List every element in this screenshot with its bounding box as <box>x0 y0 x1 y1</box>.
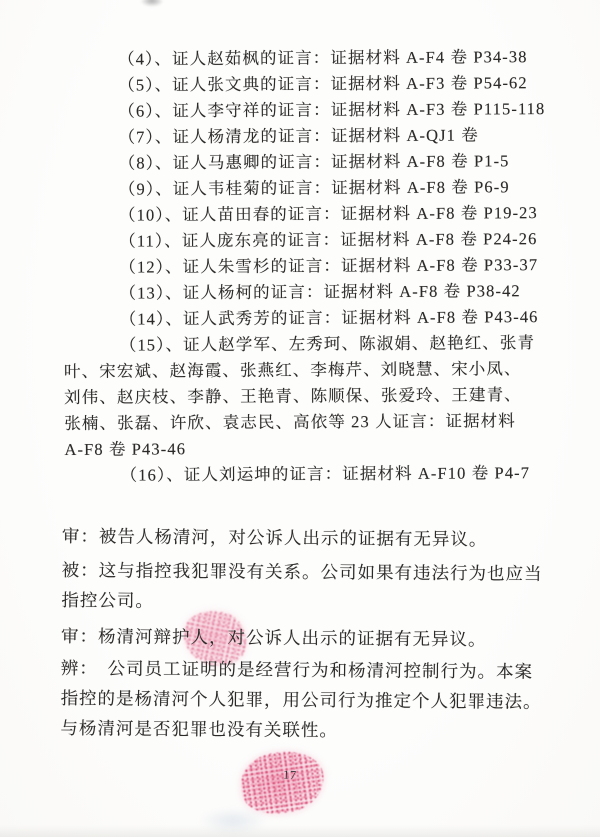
dialogue-judge-question-1: 审：被告人杨清河，对公诉人出示的证据有无异议。 <box>62 521 584 555</box>
scanned-document-page: （4）、证人赵茹枫的证言：证据材料 A-F4 卷 P34-38 （5）、证人张文… <box>0 0 600 837</box>
dialogue-section: 审：被告人杨清河，对公诉人出示的证据有无异议。 被：这与指控我犯罪没有关系。公司… <box>60 521 584 751</box>
speaker-label-defendant: 被： <box>62 560 99 580</box>
evidence-item-12: （12）、证人朱雪杉的证言：证据材料 A-F8 卷 P33-37 <box>63 252 571 281</box>
evidence-item-9: （9）、证人韦桂菊的证言：证据材料 A-F8 卷 P6-9 <box>63 174 571 203</box>
speaker-label-judge: 审： <box>62 526 99 546</box>
evidence-item-6: （6）、证人李守祥的证言：证据材料 A-F3 卷 P115-118 <box>62 96 570 125</box>
speaker-label-defender: 辨： <box>61 658 89 678</box>
evidence-item-5: （5）、证人张文典的证言：证据材料 A-F3 卷 P54-62 <box>62 70 570 99</box>
evidence-item-10: （10）、证人苗田春的证言：证据材料 A-F8 卷 P19-23 <box>63 200 571 229</box>
page-number: 17 <box>283 768 297 784</box>
speaker-label-judge: 审： <box>61 626 98 646</box>
dialogue-text: 杨清河辩护人，对公诉人出示的证据有无异议。 <box>98 626 487 649</box>
dialogue-text: 公司员工证明的是经营行为和杨清河控制行为。本案 指控的是杨清河个人犯罪，用公司行… <box>60 658 541 740</box>
evidence-item-15: （15）、证人赵学军、左秀珂、陈淑娟、赵艳红、张青 叶、宋宏斌、赵海霞、张燕红、… <box>64 330 573 463</box>
evidence-item-13: （13）、证人杨柯的证言：证据材料 A-F8 卷 P38-42 <box>63 278 571 307</box>
dialogue-text: 这与指控我犯罪没有关系。公司如果有违法行为也应当 指控公司。 <box>61 560 542 610</box>
dialogue-judge-question-2: 审：杨清河辩护人，对公诉人出示的证据有无异议。 <box>61 621 583 655</box>
dialogue-defendant-answer: 被：这与指控我犯罪没有关系。公司如果有违法行为也应当 指控公司。 <box>61 555 583 619</box>
dialogue-defender-answer: 辨： 公司员工证明的是经营行为和杨清河控制行为。本案 指控的是杨清河个人犯罪，用… <box>60 653 583 747</box>
evidence-list: （4）、证人赵茹枫的证言：证据材料 A-F4 卷 P34-38 （5）、证人张文… <box>62 44 573 489</box>
ink-smudge-bottom <box>200 808 266 834</box>
evidence-item-7: （7）、证人杨清龙的证言：证据材料 A-QJ1 卷 <box>62 122 570 151</box>
scan-artifact-top-edge <box>140 0 164 7</box>
evidence-item-14: （14）、证人武秀芳的证言：证据材料 A-F8 卷 P43-46 <box>64 304 572 333</box>
evidence-item-4: （4）、证人赵茹枫的证言：证据材料 A-F4 卷 P34-38 <box>62 44 570 73</box>
dialogue-text: 被告人杨清河，对公诉人出示的证据有无异议。 <box>99 526 488 549</box>
evidence-item-16: （16）、证人刘运坤的证言：证据材料 A-F10 卷 P4-7 <box>65 460 573 489</box>
evidence-item-11: （11）、证人庞东亮的证言：证据材料 A-F8 卷 P24-26 <box>63 226 571 255</box>
evidence-item-8: （8）、证人马惠卿的证言：证据材料 A-F8 卷 P1-5 <box>63 148 571 177</box>
